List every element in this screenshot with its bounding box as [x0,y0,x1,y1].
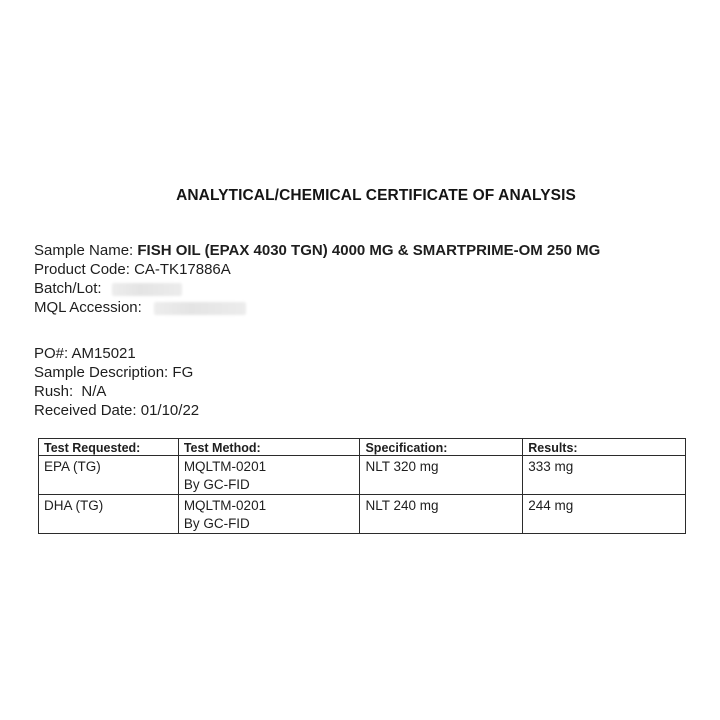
method-code: MQLTM-0201 [184,458,355,476]
header-results: Results: [523,439,686,456]
po-value: AM15021 [72,345,136,362]
order-info-block: PO#: AM15021 Sample Description: FG Rush… [34,344,199,420]
method-code: MQLTM-0201 [184,497,355,515]
mql-accession-label: MQL Accession: [34,299,142,316]
cell-result: 244 mg [523,495,686,534]
sample-description-value: FG [172,364,193,381]
sample-description-row: Sample Description: FG [34,363,199,382]
table-row: EPA (TG) MQLTM-0201 By GC-FID NLT 320 mg… [39,456,686,495]
header-test-requested: Test Requested: [39,439,179,456]
batch-lot-row: Batch/Lot: [34,279,600,298]
results-table-header-row: Test Requested: Test Method: Specificati… [39,439,686,456]
received-date-value: 01/10/22 [141,402,199,419]
sample-name-label: Sample Name: [34,242,133,259]
cell-specification: NLT 320 mg [360,456,523,495]
cell-method: MQLTM-0201 By GC-FID [178,495,360,534]
po-label: PO#: [34,345,68,362]
rush-row: Rush: N/A [34,382,199,401]
sample-info-block: Sample Name: FISH OIL (EPAX 4030 TGN) 40… [34,241,600,317]
document-title: ANALYTICAL/CHEMICAL CERTIFICATE OF ANALY… [0,187,720,205]
product-code-value: CA-TK17886A [134,261,231,278]
rush-value: N/A [81,383,106,400]
mql-accession-redacted-value [154,302,246,315]
received-date-label: Received Date: [34,402,137,419]
sample-description-label: Sample Description: [34,364,168,381]
cell-method: MQLTM-0201 By GC-FID [178,456,360,495]
header-specification: Specification: [360,439,523,456]
method-technique: By GC-FID [184,515,355,533]
po-row: PO#: AM15021 [34,344,199,363]
table-row: DHA (TG) MQLTM-0201 By GC-FID NLT 240 mg… [39,495,686,534]
cell-result: 333 mg [523,456,686,495]
mql-accession-row: MQL Accession: [34,298,600,317]
product-code-label: Product Code: [34,261,130,278]
sample-name-value: FISH OIL (EPAX 4030 TGN) 4000 MG & SMART… [137,242,600,259]
cell-test: DHA (TG) [39,495,179,534]
batch-lot-label: Batch/Lot: [34,280,102,297]
header-test-method: Test Method: [178,439,360,456]
sample-name-row: Sample Name: FISH OIL (EPAX 4030 TGN) 40… [34,241,600,260]
method-technique: By GC-FID [184,476,355,494]
product-code-row: Product Code: CA-TK17886A [34,260,600,279]
rush-label: Rush: [34,383,73,400]
received-date-row: Received Date: 01/10/22 [34,401,199,420]
results-table: Test Requested: Test Method: Specificati… [38,438,686,534]
cell-test: EPA (TG) [39,456,179,495]
batch-lot-redacted-value [112,283,182,296]
cell-specification: NLT 240 mg [360,495,523,534]
